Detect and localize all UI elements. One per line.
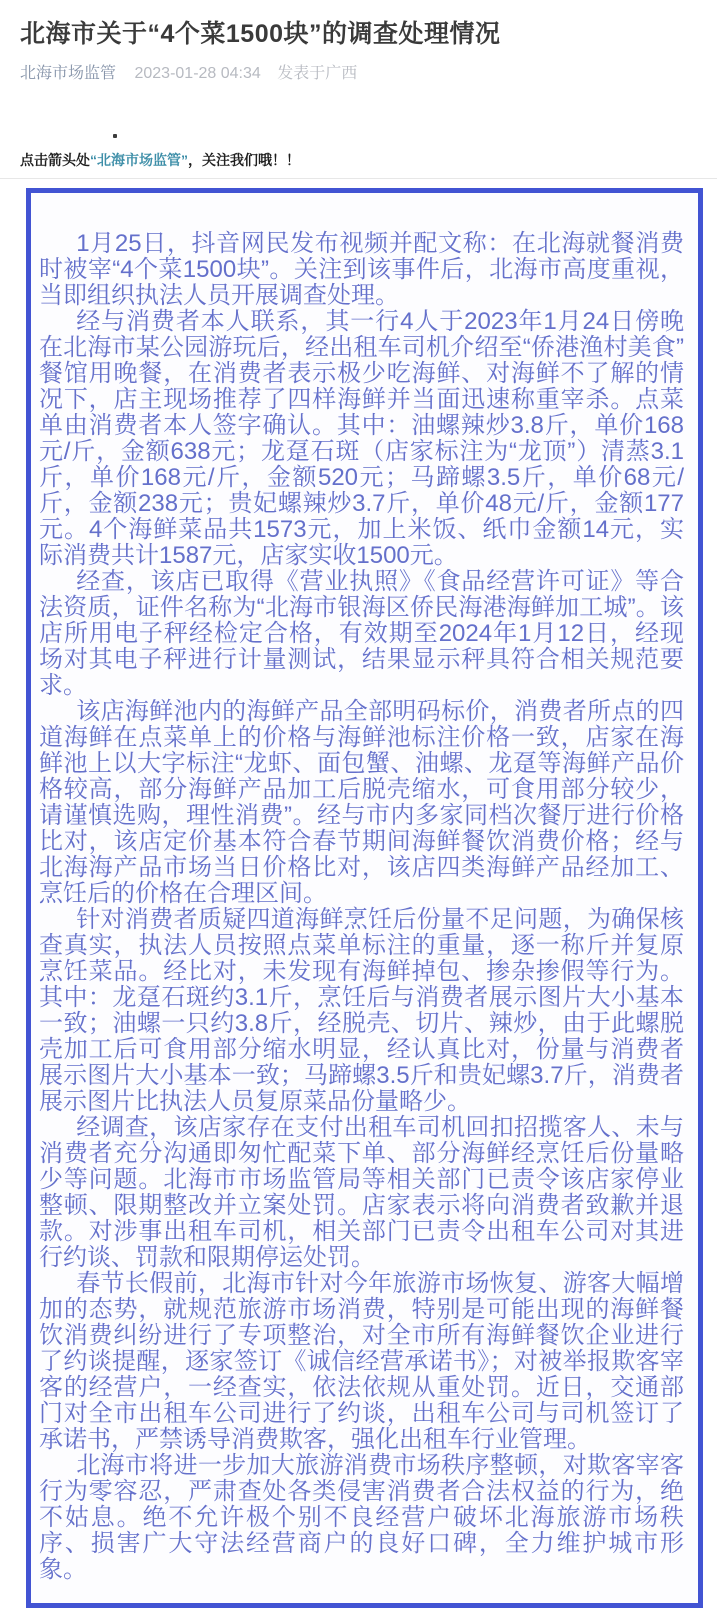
- article-paragraph: 经查，该店已取得《营业执照》《食品经营许可证》等合法资质，证件名称为“北海市银海…: [39, 569, 684, 699]
- article-paragraph: 春节长假前，北海市针对今年旅游市场恢复、游客大幅增加的态势，就规范旅游市场消费，…: [39, 1271, 684, 1453]
- follow-prompt-suffix: ，关注我们哦！！: [188, 152, 300, 168]
- account-name[interactable]: 北海市场监管: [20, 65, 116, 82]
- article-paragraph: 经与消费者本人联系，其一行4人于2023年1月24日傍晚在北海市某公园游玩后，经…: [39, 309, 684, 569]
- publish-location: 发表于广西: [277, 65, 357, 82]
- bullet-dot-icon: [113, 134, 117, 138]
- article-paragraph: 该店海鲜池内的海鲜产品全部明码标价，消费者所点的四道海鲜在点菜单上的价格与海鲜池…: [39, 699, 684, 907]
- article-paragraph: 北海市将进一步加大旅游消费市场秩序整顿，对欺客宰客行为零容忍，严肃查处各类侵害消…: [39, 1453, 684, 1583]
- divider: [0, 178, 717, 179]
- byline: 北海市场监管 2023-01-28 04:34 发表于广西: [20, 63, 697, 84]
- article-paragraph: 经调查，该店家存在支付出租车司机回扣招揽客人、未与消费者充分沟通即匆忙配菜下单、…: [39, 1115, 684, 1271]
- article-header: 北海市关于“4个菜1500块”的调查处理情况 北海市场监管 2023-01-28…: [0, 0, 717, 170]
- follow-prompt-prefix: 点击箭头处: [20, 152, 90, 168]
- publish-time: 2023-01-28 04:34: [134, 65, 260, 82]
- follow-prompt-account-link[interactable]: “北海市场监管”: [90, 152, 188, 168]
- article-paragraph: 1月25日，抖音网民发布视频并配文称：在北海就餐消费时被宰“4个菜1500块”。…: [39, 231, 684, 309]
- follow-prompt: 点击箭头处“北海市场监管”，关注我们哦！！: [20, 150, 697, 170]
- page-title: 北海市关于“4个菜1500块”的调查处理情况: [20, 18, 697, 50]
- notice-box: 1月25日，抖音网民发布视频并配文称：在北海就餐消费时被宰“4个菜1500块”。…: [26, 188, 703, 1608]
- article-paragraph: 针对消费者质疑四道海鲜烹饪后份量不足问题，为确保核查真实，执法人员按照点菜单标注…: [39, 907, 684, 1115]
